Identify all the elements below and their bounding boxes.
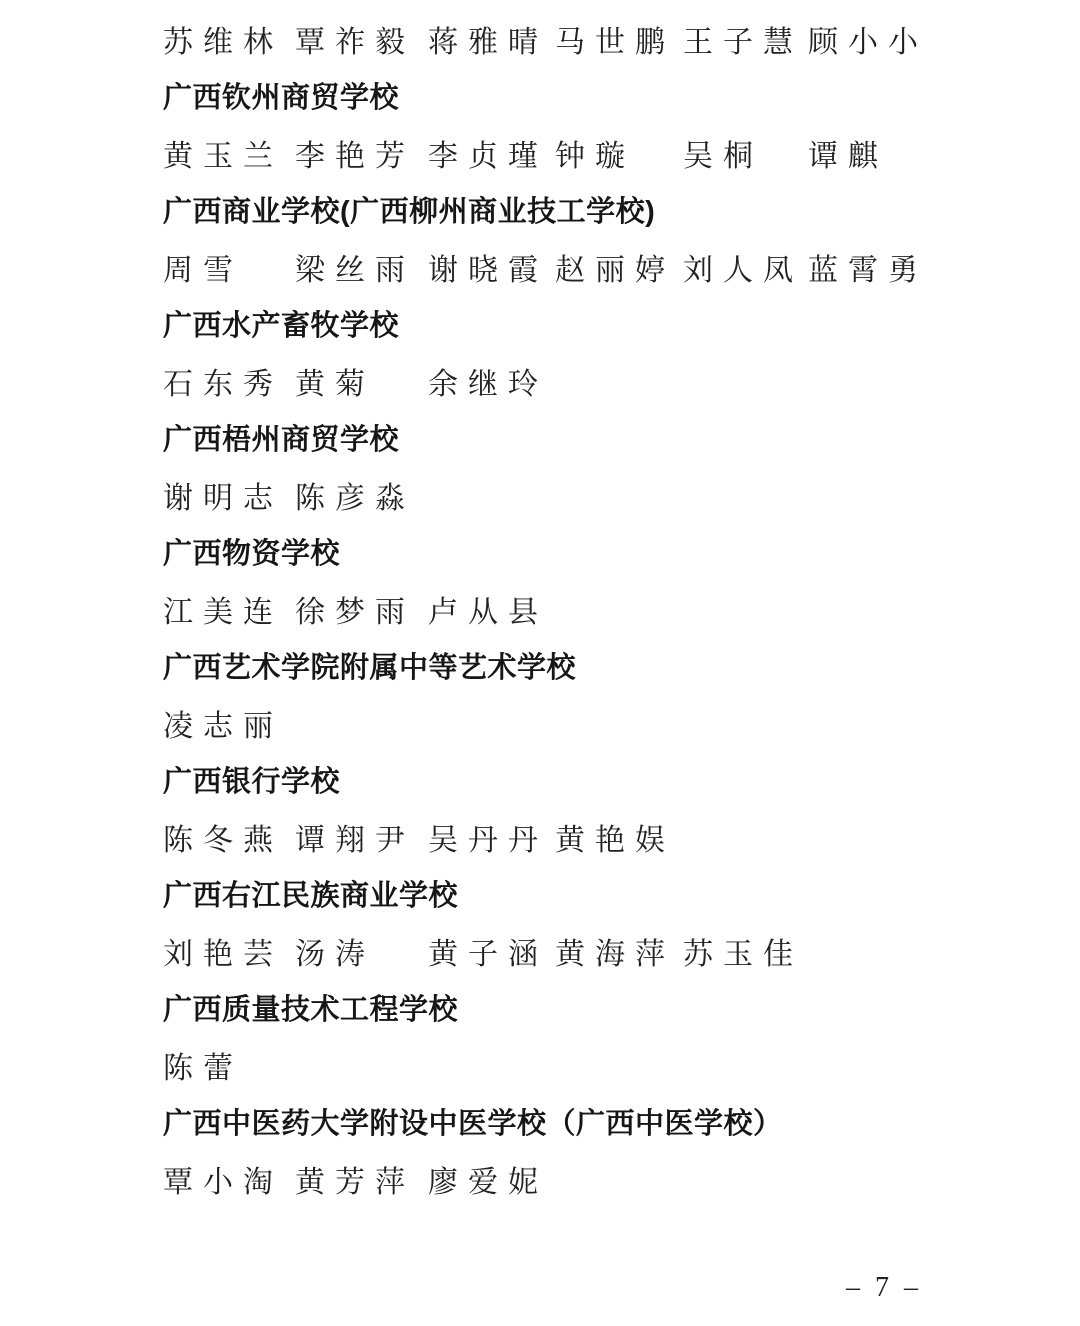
person-name: 覃小淘 xyxy=(163,1157,295,1201)
names-row: 覃小淘黄芳萍廖爱妮 xyxy=(163,1150,990,1207)
names-row: 黄玉兰李艳芳李贞瑾钟璇吴桐谭麒 xyxy=(163,124,990,181)
school-heading: 广西中医药大学附设中医学校（广西中医学校） xyxy=(163,1093,990,1150)
school-heading: 广西钦州商贸学校 xyxy=(163,67,990,124)
person-name: 刘艳芸 xyxy=(163,929,295,973)
names-row: 周雪梁丝雨谢晓霞赵丽婷刘人凤蓝霄勇 xyxy=(163,238,990,295)
person-name: 吴桐 xyxy=(683,131,808,175)
person-name: 黄玉兰 xyxy=(163,131,295,175)
person-name: 卢从县 xyxy=(428,587,555,631)
school-heading: 广西艺术学院附属中等艺术学校 xyxy=(163,637,990,694)
person-name: 李艳芳 xyxy=(295,131,428,175)
school-heading: 广西物资学校 xyxy=(163,523,990,580)
names-row: 江美连徐梦雨卢从县 xyxy=(163,580,990,637)
person-name: 石东秀 xyxy=(163,359,295,403)
roster-list: 苏维林覃祚毅蒋雅晴马世鹏王子慧顾小小广西钦州商贸学校黄玉兰李艳芳李贞瑾钟璇吴桐谭… xyxy=(163,10,990,1207)
person-name: 赵丽婷 xyxy=(555,245,683,289)
person-name: 谭翔尹 xyxy=(295,815,428,859)
person-name: 黄菊 xyxy=(295,359,428,403)
person-name: 黄艳娱 xyxy=(555,815,683,859)
person-name: 李贞瑾 xyxy=(428,131,555,175)
school-heading: 广西银行学校 xyxy=(163,751,990,808)
person-name: 陈冬燕 xyxy=(163,815,295,859)
names-row: 凌志丽 xyxy=(163,694,990,751)
person-name: 王子慧 xyxy=(683,17,808,61)
person-name: 马世鹏 xyxy=(555,17,683,61)
page-number: – 7 – xyxy=(846,1272,922,1304)
names-row: 陈蕾 xyxy=(163,1036,990,1093)
person-name: 徐梦雨 xyxy=(295,587,428,631)
names-row: 谢明志陈彦淼 xyxy=(163,466,990,523)
person-name: 陈蕾 xyxy=(163,1043,295,1087)
person-name: 汤涛 xyxy=(295,929,428,973)
school-heading: 广西水产畜牧学校 xyxy=(163,295,990,352)
names-row: 陈冬燕谭翔尹吴丹丹黄艳娱 xyxy=(163,808,990,865)
school-heading: 广西梧州商贸学校 xyxy=(163,409,990,466)
person-name: 蒋雅晴 xyxy=(428,17,555,61)
names-row: 苏维林覃祚毅蒋雅晴马世鹏王子慧顾小小 xyxy=(163,10,990,67)
person-name: 刘人凤 xyxy=(683,245,808,289)
person-name: 覃祚毅 xyxy=(295,17,428,61)
person-name: 江美连 xyxy=(163,587,295,631)
person-name: 黄子涵 xyxy=(428,929,555,973)
person-name: 黄海萍 xyxy=(555,929,683,973)
person-name: 谢明志 xyxy=(163,473,295,517)
person-name: 周雪 xyxy=(163,245,295,289)
document-page: 苏维林覃祚毅蒋雅晴马世鹏王子慧顾小小广西钦州商贸学校黄玉兰李艳芳李贞瑾钟璇吴桐谭… xyxy=(0,0,1080,1326)
person-name: 苏玉佳 xyxy=(683,929,808,973)
person-name: 廖爱妮 xyxy=(428,1157,555,1201)
person-name: 钟璇 xyxy=(555,131,683,175)
person-name: 黄芳萍 xyxy=(295,1157,428,1201)
person-name: 凌志丽 xyxy=(163,701,295,745)
person-name: 顾小小 xyxy=(808,17,990,61)
names-row: 石东秀黄菊余继玲 xyxy=(163,352,990,409)
person-name: 吴丹丹 xyxy=(428,815,555,859)
person-name: 谭麒 xyxy=(808,131,990,175)
school-heading: 广西质量技术工程学校 xyxy=(163,979,990,1036)
names-row: 刘艳芸汤涛黄子涵黄海萍苏玉佳 xyxy=(163,922,990,979)
school-heading: 广西右江民族商业学校 xyxy=(163,865,990,922)
person-name: 谢晓霞 xyxy=(428,245,555,289)
person-name: 苏维林 xyxy=(163,17,295,61)
person-name: 梁丝雨 xyxy=(295,245,428,289)
person-name: 蓝霄勇 xyxy=(808,245,990,289)
person-name: 陈彦淼 xyxy=(295,473,428,517)
person-name: 余继玲 xyxy=(428,359,555,403)
school-heading: 广西商业学校(广西柳州商业技工学校) xyxy=(163,181,990,238)
